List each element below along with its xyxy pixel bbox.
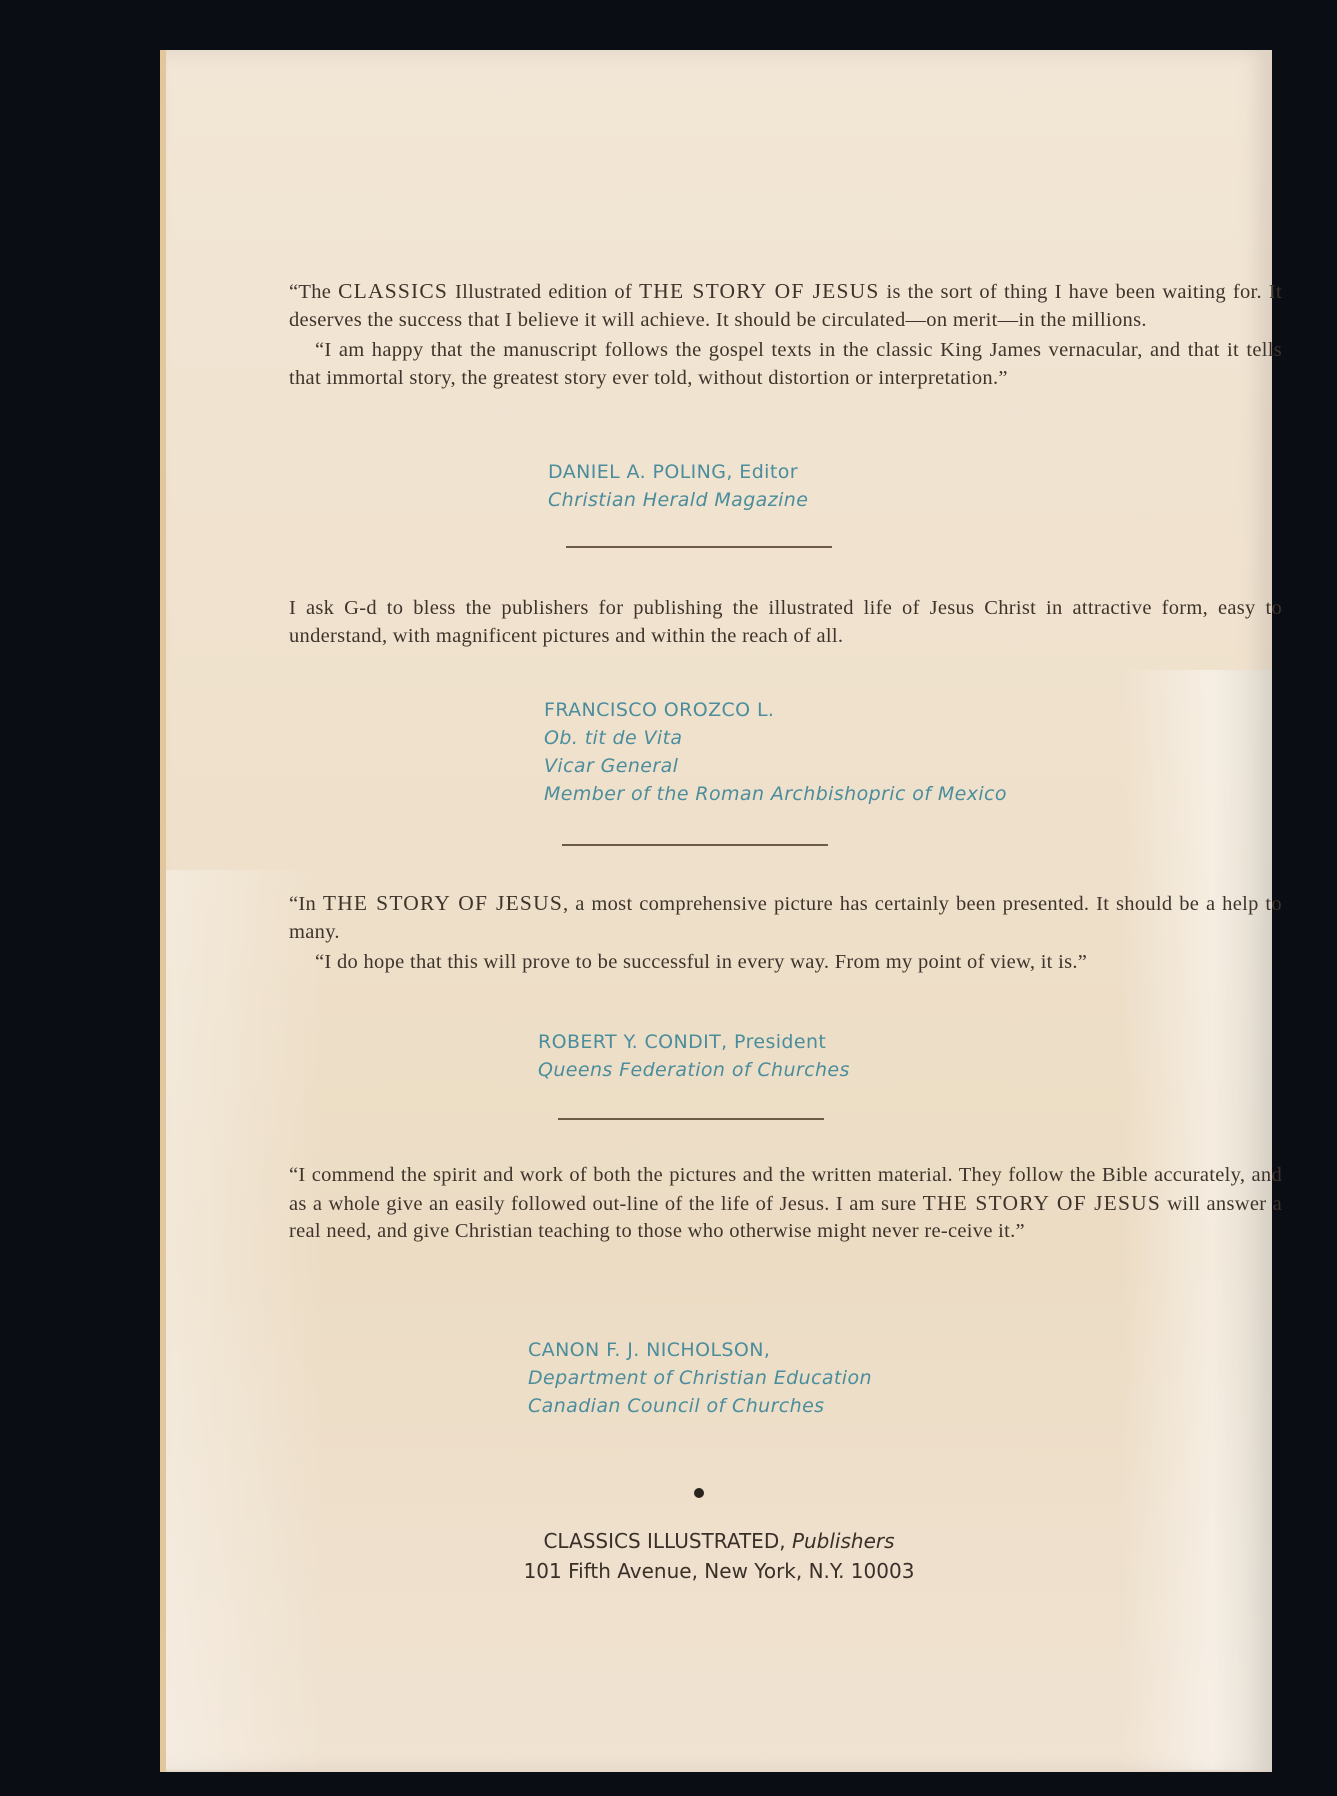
endorser-role: Ob. tit de Vita [544, 724, 1007, 752]
endorser-role: Christian Herald Magazine [548, 486, 808, 514]
title-caps: THE STORY OF JESUS [923, 1191, 1161, 1215]
divider-rule [566, 546, 832, 548]
endorser-name: FRANCISCO OROZCO L. [544, 696, 1007, 724]
testimonial-quote: I ask G-d to bless the publishers for pu… [289, 595, 1282, 650]
testimonial-attribution: FRANCISCO OROZCO L.Ob. tit de VitaVicar … [544, 696, 1007, 808]
testimonial-attribution: ROBERT Y. CONDIT, PresidentQueens Federa… [538, 1028, 850, 1084]
testimonial-quote: “The CLASSICS Illustrated edition of THE… [289, 278, 1282, 392]
testimonial-attribution: CANON F. J. NICHOLSON,Department of Chri… [528, 1336, 872, 1420]
divider-rule [562, 844, 828, 846]
endorser-role: Queens Federation of Churches [538, 1056, 850, 1084]
quote-paragraph: “I commend the spirit and work of both t… [289, 1162, 1282, 1246]
testimonial-attribution: DANIEL A. POLING, EditorChristian Herald… [548, 458, 808, 514]
quote-paragraph: I ask G-d to bless the publishers for pu… [289, 595, 1282, 650]
quote-paragraph: “The CLASSICS Illustrated edition of THE… [289, 278, 1282, 334]
testimonial-quote: “I commend the spirit and work of both t… [289, 1162, 1282, 1246]
title-caps: CLASSICS [338, 279, 448, 303]
quote-paragraph: “I do hope that this will prove to be su… [289, 949, 1282, 977]
quote-paragraph: “I am happy that the manuscript follows … [289, 337, 1282, 392]
publisher-name: CLASSICS ILLUSTRATED, [543, 1529, 785, 1553]
publisher-address: 101 Fifth Avenue, New York, N.Y. 10003 [166, 1556, 1272, 1586]
divider-rule [558, 1118, 824, 1120]
title-caps: THE STORY OF JESUS [639, 279, 880, 303]
endorser-name: CANON F. J. NICHOLSON, [528, 1336, 872, 1364]
publisher-suffix: Publishers [792, 1529, 895, 1553]
book-back-cover: “The CLASSICS Illustrated edition of THE… [160, 50, 1272, 1772]
endorser-name: DANIEL A. POLING, Editor [548, 458, 808, 486]
endorser-role: Department of Christian Education [528, 1364, 872, 1392]
endorser-role: Canadian Council of Churches [528, 1392, 872, 1420]
title-caps: THE STORY OF JESUS [323, 891, 563, 915]
quote-paragraph: “In THE STORY OF JESUS, a most comprehen… [289, 890, 1282, 946]
testimonial-quote: “In THE STORY OF JESUS, a most comprehen… [289, 890, 1282, 977]
endorser-role: Member of the Roman Archbishopric of Mex… [544, 780, 1007, 808]
publisher-line: CLASSICS ILLUSTRATED, Publishers [166, 1526, 1272, 1556]
endorser-name: ROBERT Y. CONDIT, President [538, 1028, 850, 1056]
endorser-role: Vicar General [544, 752, 1007, 780]
publisher-footer: CLASSICS ILLUSTRATED, Publishers 101 Fif… [166, 1526, 1272, 1586]
bullet-dot-icon [694, 1488, 704, 1498]
shadow-overlay [166, 870, 326, 1770]
